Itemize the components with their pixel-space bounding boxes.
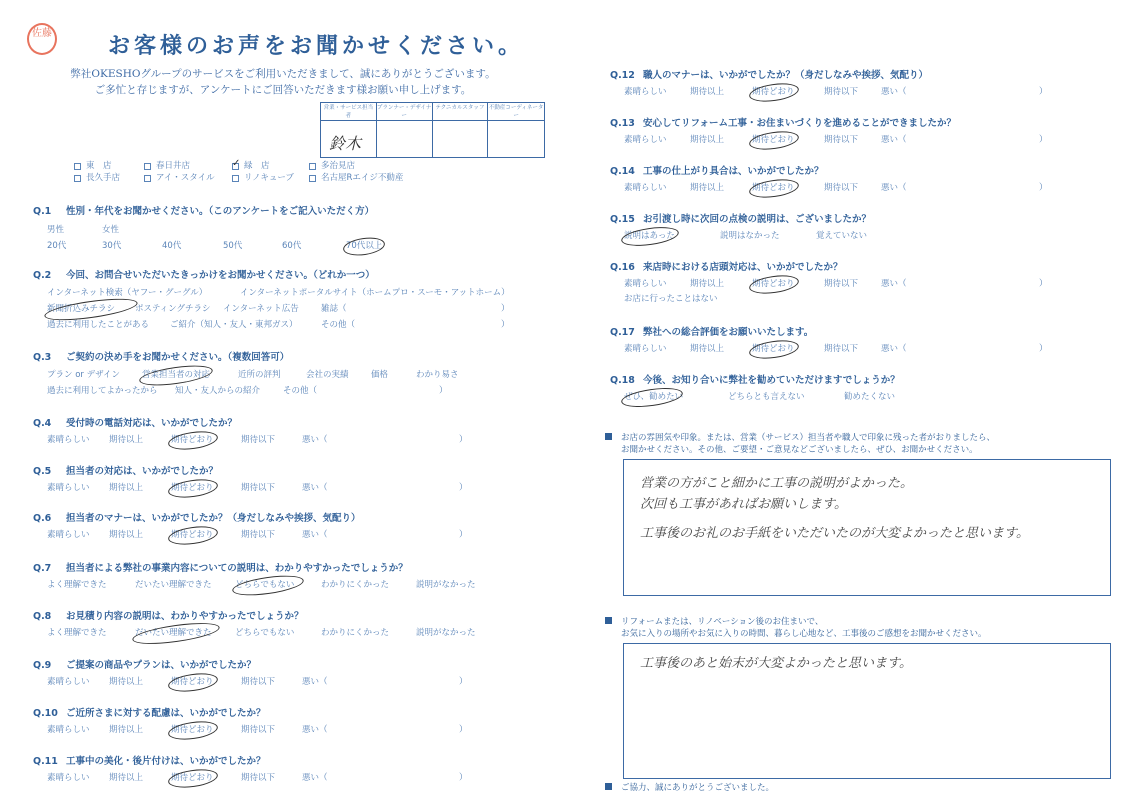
option-selected[interactable]: 営業担当者の対応	[142, 369, 210, 381]
option[interactable]: 期待以下	[824, 343, 881, 355]
staff-field-realestate[interactable]	[488, 121, 544, 157]
question-10: Q.10ご近所さまに対する配慮は、いかがでしたか？ 素晴らしい 期待以上 期待ど…	[33, 701, 468, 736]
checkbox-icon[interactable]	[144, 175, 151, 182]
store-checkbox[interactable]: 春日井店	[144, 160, 232, 172]
checkbox-icon[interactable]	[144, 163, 151, 170]
option[interactable]: だいたい理解できた	[135, 579, 235, 591]
staff-name: 鈴木	[329, 131, 361, 154]
option-selected[interactable]: 期待どおり	[752, 86, 796, 98]
option[interactable]: よく理解できた	[47, 627, 135, 639]
staff-header-sales: 営業・サービス担当者	[321, 103, 377, 121]
option[interactable]: 期待以上	[690, 343, 752, 355]
option[interactable]: インターネット検索（ヤフー・グーグル）	[47, 287, 240, 299]
option[interactable]: 期待以上	[690, 182, 752, 194]
question-3: Q.3ご契約の決め手をお聞かせください。（複数回答可） プラン or デザイン …	[33, 345, 459, 397]
square-bullet-icon	[605, 617, 612, 624]
question-title: Q.16来店時における店頭対応は、いかがでしたか？	[610, 261, 859, 274]
store-checkbox[interactable]: 東 店	[74, 160, 144, 172]
question-7: Q.7担当者による弊社の事業内容についての説明は、わかりやすかったでしょうか？ …	[33, 556, 476, 591]
option-selected[interactable]: どちらでもない	[235, 579, 301, 591]
option[interactable]: 期待以上	[109, 482, 171, 494]
option[interactable]: どちらでもない	[235, 627, 321, 639]
question-title: Q.3ご契約の決め手をお聞かせください。（複数回答可）	[33, 351, 305, 364]
option-selected[interactable]: 期待どおり	[171, 772, 215, 784]
option[interactable]: 50代	[223, 240, 282, 252]
staff-header-realestate: 不動産コーディネーター	[488, 103, 544, 121]
option[interactable]: インターネットポータルサイト（ホームプロ・スーモ・アットホーム）	[240, 287, 510, 299]
option[interactable]: 悪い（	[881, 343, 1039, 355]
option-selected[interactable]: 期待どおり	[171, 434, 215, 446]
option[interactable]: 期待以下	[824, 86, 881, 98]
option[interactable]: 期待以上	[690, 134, 752, 146]
question-11: Q.11工事中の美化・後片付けは、いかがでしたか？ 素晴らしい 期待以上 期待ど…	[33, 749, 468, 784]
option[interactable]: 期待以下	[241, 676, 302, 688]
option[interactable]: 悪い（	[881, 134, 1039, 146]
question-9: Q.9ご提案の商品やプランは、いかがでしたか？ 素晴らしい 期待以上 期待どおり…	[33, 653, 468, 688]
question-title: Q.12職人のマナーは、いかがでしたか？（身だしなみや挨拶、気配り）	[610, 69, 944, 82]
question-1: Q.1性別・年代をお聞かせください。（このアンケートをご記入いただく方） 男性 …	[33, 199, 390, 252]
staff-field-sales[interactable]: 鈴木	[321, 121, 377, 157]
question-title: Q.13安心してリフォーム工事・お住まいづくりを進めることができましたか？	[610, 117, 972, 130]
option[interactable]: わかり易さ	[416, 369, 459, 381]
staff-field-planner[interactable]	[377, 121, 433, 157]
option[interactable]: お店に行ったことはない	[624, 293, 718, 305]
option[interactable]: 覚えていない	[816, 230, 867, 242]
question-15: Q.15お引渡し時に次回の点検の説明は、ございましたか？ 説明はあった 説明はな…	[610, 207, 887, 242]
option[interactable]: 説明がなかった	[416, 579, 476, 591]
question-title: Q.5担当者の対応は、いかがでしたか？	[33, 465, 234, 478]
option-selected[interactable]: 期待どおり	[171, 676, 215, 688]
option[interactable]: プラン or デザイン	[47, 369, 142, 381]
option[interactable]: よく理解できた	[47, 579, 135, 591]
option[interactable]: 期待以下	[241, 529, 302, 541]
option[interactable]: 会社の実績	[306, 369, 371, 381]
option[interactable]: 素晴らしい	[624, 134, 690, 146]
store-checkbox[interactable]: アイ・スタイル	[144, 172, 232, 184]
store-checkbox[interactable]: リノキューブ	[232, 172, 309, 184]
option-selected[interactable]: 70代以上	[346, 240, 382, 252]
hanko-stamp: 佐藤	[27, 23, 57, 55]
option[interactable]: 素晴らしい	[624, 278, 690, 290]
intro-line: 弊社OKESHOグループのサービスをご利用いただきまして、誠にありがとうございま…	[48, 66, 518, 82]
checkbox-icon[interactable]	[309, 163, 316, 170]
option[interactable]: 素晴らしい	[47, 772, 109, 784]
question-title: Q.14工事の仕上がり具合は、いかがでしたか？	[610, 165, 840, 178]
handwritten-answer: 工事後のお礼のお手紙をいただいたのが大変よかったと思います。	[640, 522, 1029, 541]
question-16: Q.16来店時における店頭対応は、いかがでしたか？ 素晴らしい 期待以上 期待ど…	[610, 255, 1048, 305]
survey-sheet: 佐藤 お客様のお声をお聞かせください。 弊社OKESHOグループのサービスをご利…	[0, 0, 1130, 804]
question-2: Q.2今回、お問合せいただいたきっかけをお聞かせください。（どれか一つ） インタ…	[33, 263, 510, 331]
intro-text: 弊社OKESHOグループのサービスをご利用いただきまして、誠にありがとうございま…	[48, 66, 518, 98]
option[interactable]: 悪い（	[881, 86, 1039, 98]
comments-field-1[interactable]: 営業の方がこと細かに工事の説明がよかった。 次回も工事があればお願いします。 工…	[623, 459, 1111, 596]
question-17: Q.17弊社への総合評価をお願いいたします。 素晴らしい 期待以上 期待どおり …	[610, 320, 1048, 355]
question-12: Q.12職人のマナーは、いかがでしたか？（身だしなみや挨拶、気配り） 素晴らしい…	[610, 63, 1048, 98]
option[interactable]: 素晴らしい	[47, 529, 109, 541]
option[interactable]: 悪い（	[302, 529, 459, 541]
option[interactable]: 期待以上	[690, 86, 752, 98]
question-5: Q.5担当者の対応は、いかがでしたか？ 素晴らしい 期待以上 期待どおり 期待以…	[33, 459, 468, 494]
option[interactable]: 期待以上	[109, 676, 171, 688]
option[interactable]: 期待以上	[109, 529, 171, 541]
staff-table: 営業・サービス担当者 プランナー・デザイナー テクニカルスタッフ 不動産コーディ…	[320, 102, 545, 158]
option-selected[interactable]: 期待どおり	[752, 278, 796, 290]
question-title: Q.6担当者のマナーは、いかがでしたか？（身だしなみや挨拶、気配り）	[33, 512, 377, 525]
store-checkbox[interactable]: 緑 店	[232, 160, 309, 172]
staff-header-technical: テクニカルスタッフ	[433, 103, 489, 121]
option[interactable]: 期待以上	[109, 434, 171, 446]
option[interactable]: 男性	[47, 224, 102, 236]
option[interactable]: 価格	[371, 369, 416, 381]
option[interactable]: 過去に利用したことがある	[47, 319, 170, 331]
option[interactable]: 素晴らしい	[624, 343, 690, 355]
question-6: Q.6担当者のマナーは、いかがでしたか？（身だしなみや挨拶、気配り） 素晴らしい…	[33, 506, 468, 541]
question-title: Q.1性別・年代をお聞かせください。（このアンケートをご記入いただく方）	[33, 205, 390, 218]
comments-prompt-1: お店の雰囲気や印象。または、営業（サービス）担当者や職人で印象に残った者がおりま…	[605, 432, 995, 456]
staff-header-planner: プランナー・デザイナー	[377, 103, 433, 121]
option[interactable]: 20代	[47, 240, 102, 252]
option[interactable]: わかりにくかった	[321, 627, 416, 639]
staff-field-technical[interactable]	[433, 121, 489, 157]
square-bullet-icon	[605, 783, 612, 790]
option[interactable]: 期待以上	[109, 772, 171, 784]
checkbox-checked-icon[interactable]	[232, 163, 239, 170]
option[interactable]: 素晴らしい	[47, 434, 109, 446]
question-8: Q.8お見積り内容の説明は、わかりやすかったでしょうか？ よく理解できた だいた…	[33, 604, 476, 639]
option[interactable]: 悪い（	[302, 772, 459, 784]
option[interactable]: 勧めたくない	[844, 391, 895, 403]
option[interactable]: 悪い（	[881, 278, 1039, 290]
option-selected[interactable]: 期待どおり	[752, 134, 796, 146]
option[interactable]: 60代	[282, 240, 346, 252]
option[interactable]: 悪い（	[302, 676, 459, 688]
option[interactable]: その他（	[321, 319, 501, 331]
question-title: Q.2今回、お問合せいただいたきっかけをお聞かせください。（どれか一つ）	[33, 269, 391, 282]
option-selected[interactable]: 期待どおり	[752, 182, 796, 194]
checkbox-icon[interactable]	[309, 175, 316, 182]
option[interactable]: 期待以下	[241, 434, 302, 446]
option[interactable]: 悪い（	[302, 434, 459, 446]
option[interactable]: 素晴らしい	[624, 86, 690, 98]
checkbox-icon[interactable]	[74, 175, 81, 182]
store-checkbox[interactable]: 多治見店	[309, 160, 419, 172]
handwritten-answer: 工事後のあと始末が大変よかったと思います。	[640, 652, 912, 671]
page-title: お客様のお声をお聞かせください。	[108, 29, 524, 60]
option[interactable]: 期待以下	[824, 134, 881, 146]
option[interactable]: 期待以下	[241, 482, 302, 494]
option-selected[interactable]: 新聞折込みチラシ	[47, 303, 135, 315]
option-selected[interactable]: 期待どおり	[171, 529, 215, 541]
option[interactable]: 素晴らしい	[47, 724, 109, 736]
question-title: Q.10ご近所さまに対する配慮は、いかがでしたか？	[33, 707, 282, 720]
question-title: Q.11工事中の美化・後片付けは、いかがでしたか？	[33, 755, 282, 768]
option[interactable]: 30代	[102, 240, 162, 252]
option[interactable]: 期待以下	[824, 278, 881, 290]
store-checkboxes: 東 店 春日井店 緑 店 多治見店 長久手店 アイ・スタイル リノキューブ 名古…	[74, 160, 419, 184]
handwritten-answer: 次回も工事があればお願いします。	[640, 493, 847, 512]
option[interactable]: わかりにくかった	[321, 579, 416, 591]
question-18: Q.18今後、お知り合いに弊社を勧めていただけますでしょうか？ ぜひ、勧めたい …	[610, 368, 916, 403]
option-selected[interactable]: 期待どおり	[752, 343, 796, 355]
comments-field-2[interactable]: 工事後のあと始末が大変よかったと思います。	[623, 643, 1111, 779]
option[interactable]: 説明がなかった	[416, 627, 476, 639]
question-14: Q.14工事の仕上がり具合は、いかがでしたか？ 素晴らしい 期待以上 期待どおり…	[610, 159, 1048, 194]
option[interactable]: インターネット広告	[223, 303, 321, 315]
question-title: Q.8お見積り内容の説明は、わかりやすかったでしょうか？	[33, 610, 320, 623]
option[interactable]: どちらとも言えない	[728, 391, 844, 403]
comments-prompt-2: リフォームまたは、リノベーション後のお住まいで、 お気に入りの場所やお気に入りの…	[605, 616, 987, 640]
option[interactable]: 40代	[162, 240, 223, 252]
option[interactable]: その他（	[283, 385, 439, 397]
square-bullet-icon	[605, 433, 612, 440]
option[interactable]: 素晴らしい	[47, 676, 109, 688]
option-selected[interactable]: 説明はあった	[624, 230, 676, 242]
store-checkbox[interactable]: 長久手店	[74, 172, 144, 184]
question-title: Q.4受付時の電話対応は、いかがでしたか？	[33, 417, 253, 430]
question-4: Q.4受付時の電話対応は、いかがでしたか？ 素晴らしい 期待以上 期待どおり 期…	[33, 411, 468, 446]
option[interactable]: 悪い（	[302, 724, 459, 736]
option[interactable]: 素晴らしい	[47, 482, 109, 494]
checkbox-icon[interactable]	[74, 163, 81, 170]
question-title: Q.9ご提案の商品やプランは、いかがでしたか？	[33, 659, 272, 672]
option[interactable]: 過去に利用してよかったから	[47, 385, 175, 397]
option-selected[interactable]: 期待どおり	[171, 482, 215, 494]
option-selected[interactable]: ぜひ、勧めたい	[624, 391, 680, 403]
option[interactable]: ご紹介（知人・友人・東邦ガス）	[170, 319, 321, 331]
option-selected[interactable]: 期待どおり	[171, 724, 215, 736]
footer-thanks: ご協力、誠にありがとうございました。	[605, 782, 774, 794]
option[interactable]: 近所の評判	[238, 369, 306, 381]
option[interactable]: 素晴らしい	[624, 182, 690, 194]
option[interactable]: 期待以下	[824, 182, 881, 194]
question-title: Q.7担当者による弊社の事業内容についての説明は、わかりやすかったでしょうか？	[33, 562, 424, 575]
store-checkbox[interactable]: 名古屋Rエイジ不動産	[309, 172, 419, 184]
checkbox-icon[interactable]	[232, 175, 239, 182]
option[interactable]: 知人・友人からの紹介	[175, 385, 283, 397]
option[interactable]: 女性	[102, 224, 119, 236]
option[interactable]: 期待以上	[109, 724, 171, 736]
handwritten-answer: 営業の方がこと細かに工事の説明がよかった。	[640, 472, 913, 491]
option[interactable]: 期待以下	[241, 724, 302, 736]
option[interactable]: 期待以上	[690, 278, 752, 290]
option[interactable]: 悪い（	[881, 182, 1039, 194]
question-title: Q.18今後、お知り合いに弊社を勧めていただけますでしょうか？	[610, 374, 916, 387]
question-title: Q.17弊社への総合評価をお願いいたします。	[610, 326, 829, 339]
question-13: Q.13安心してリフォーム工事・お住まいづくりを進めることができましたか？ 素晴…	[610, 111, 1048, 146]
option[interactable]: 説明はなかった	[720, 230, 816, 242]
intro-line: ご多忙と存じますが、アンケートにご回答いただきます様お願い申し上げます。	[48, 82, 518, 98]
option-selected[interactable]: だいたい理解できた	[135, 627, 217, 639]
option[interactable]: 雑誌（	[321, 303, 501, 315]
option[interactable]: ポスティングチラシ	[135, 303, 223, 315]
question-title: Q.15お引渡し時に次回の点検の説明は、ございましたか？	[610, 213, 887, 226]
option[interactable]: 期待以下	[241, 772, 302, 784]
option[interactable]: 悪い（	[302, 482, 459, 494]
